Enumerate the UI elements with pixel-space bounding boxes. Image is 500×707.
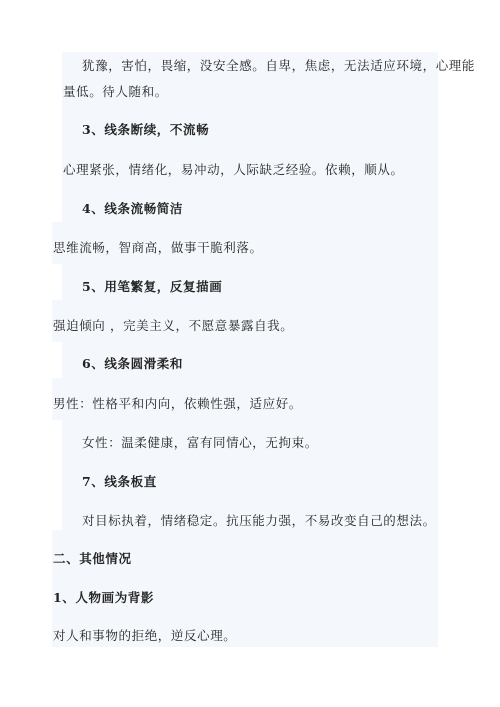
section-heading: 3、线条断续，不流畅 xyxy=(82,122,209,138)
paragraph-line: 对目标执着，情绪稳定。抗压能力强，不易改变自己的想法。 xyxy=(82,513,436,529)
paragraph-line: 强迫倾向 ，完美主义，不愿意暴露自我。 xyxy=(53,318,293,334)
section-heading: 1、人物画为背影 xyxy=(53,590,154,606)
paragraph-line: 女性：温柔健康，富有同情心，无拘束。 xyxy=(82,435,318,451)
section-heading: 4、线条流畅简洁 xyxy=(82,201,183,217)
section-heading: 7、线条板直 xyxy=(82,474,157,490)
paragraph-line: 犹豫，害怕，畏缩，没安全感。自卑，焦虑，无法适应环境，心理能 xyxy=(82,58,475,74)
paragraph-line: 量低。待人随和。 xyxy=(63,84,168,100)
chapter-heading: 二、其他情况 xyxy=(53,551,132,567)
paragraph-line: 男性：性格平和内向，依赖性强，适应好。 xyxy=(53,396,302,412)
paragraph-line: 思维流畅，智商高，做事干脆利落。 xyxy=(53,240,263,256)
section-heading: 6、线条圆滑柔和 xyxy=(82,356,183,372)
paragraph-line: 心理紧张，情绪化，易冲动，人际缺乏经验。依赖，顺从。 xyxy=(63,162,404,178)
paragraph-line: 对人和事物的拒绝，逆反心理。 xyxy=(53,628,236,644)
section-heading: 5、用笔繁复，反复描画 xyxy=(82,279,222,295)
